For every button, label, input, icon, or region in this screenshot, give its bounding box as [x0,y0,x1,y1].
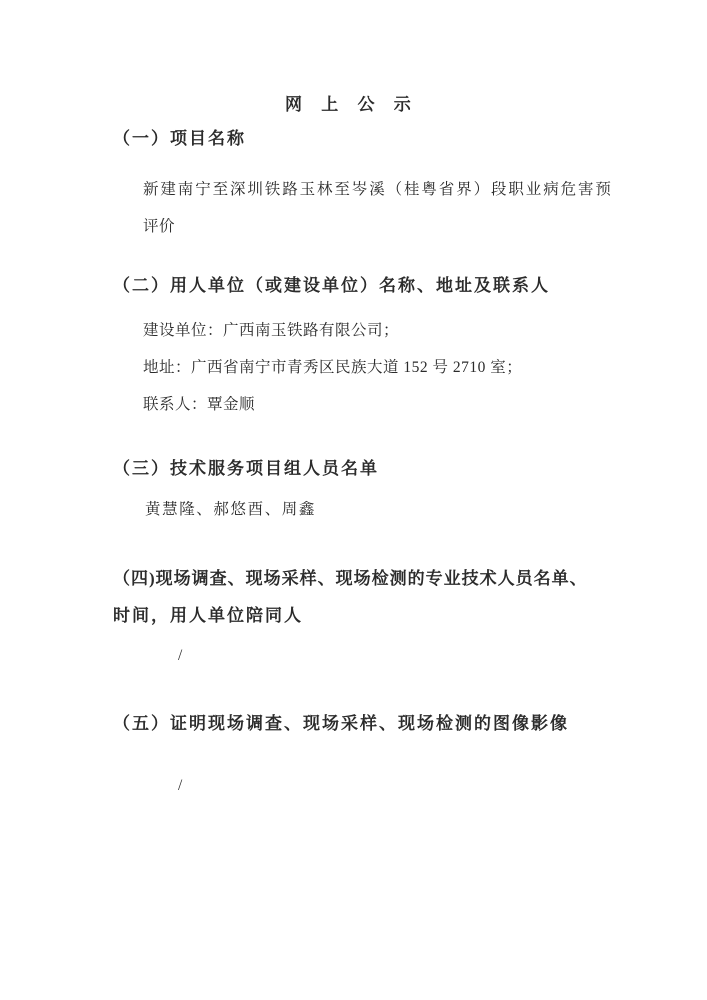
document-page: 网 上 公 示 （一）项目名称 新建南宁至深圳铁路玉林至岑溪（桂粤省界）段职业病… [0,0,707,1000]
section5-heading: （五）证明现场调查、现场采样、现场检测的图像影像 [113,714,569,734]
section4-heading-line2: 时间，用人单位陪同人 [113,606,303,626]
project-team-names: 黄慧隆、郝悠酉、周鑫 [145,500,316,520]
section2-heading: （二）用人单位（或建设单位）名称、地址及联系人 [113,276,550,296]
construction-unit-line: 建设单位：广西南玉铁路有限公司； [143,321,399,341]
address-line: 地址：广西省南宁市青秀区民族大道 152 号 2710 室； [143,358,522,378]
section1-body-line1: 新建南宁至深圳铁路玉林至岑溪（桂粤省界）段职业病危害预 [143,180,613,200]
section4-heading-line1: （四)现场调查、现场采样、现场检测的专业技术人员名单、 [113,569,588,589]
section4-value: / [178,646,183,666]
section1-body-line2: 评价 [143,217,175,237]
section1-heading: （一）项目名称 [113,129,246,149]
section3-heading: （三）技术服务项目组人员名单 [113,459,379,479]
page-title: 网 上 公 示 [285,95,414,115]
contact-line: 联系人：覃金顺 [143,395,255,415]
section5-value: / [178,776,183,796]
